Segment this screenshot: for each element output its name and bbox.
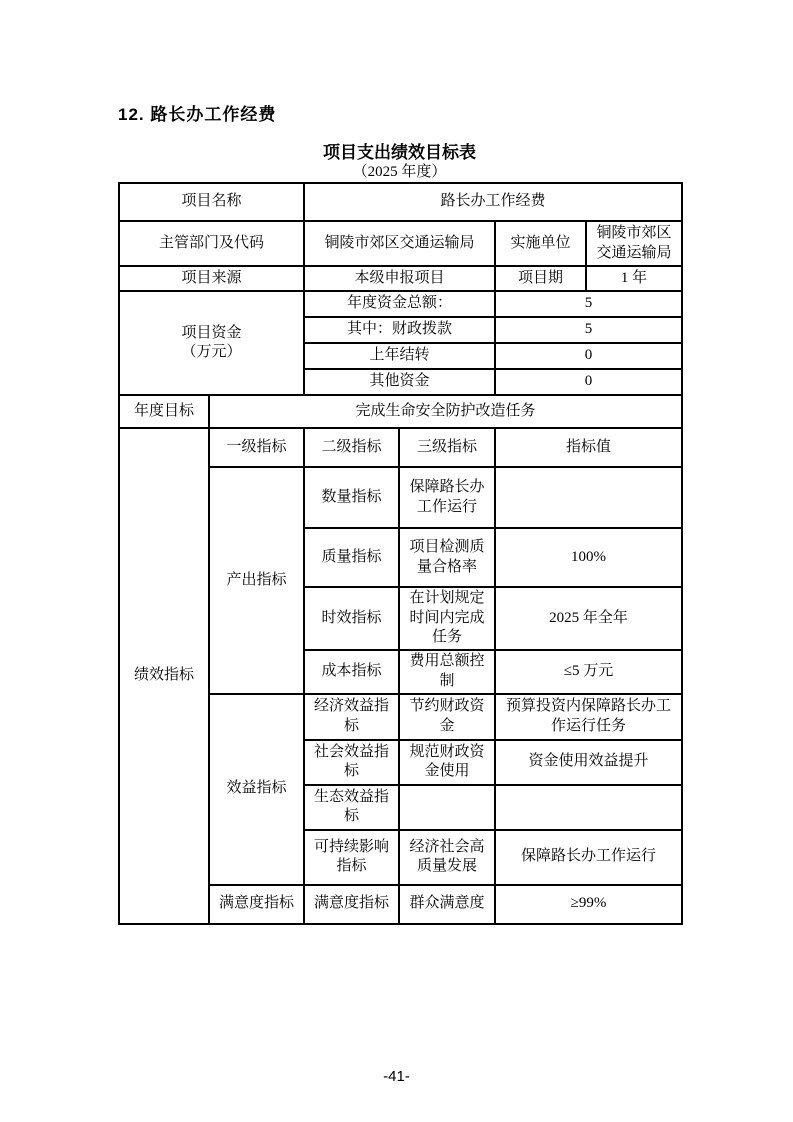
- section-heading: 12. 路长办工作经费: [118, 100, 276, 125]
- sustainability-indicator-cell: 可持续影响指标: [304, 830, 399, 885]
- performance-target-table: 项目名称 路长办工作经费 主管部门及代码 铜陵市郊区交通运输局 实施单位 铜陵市…: [118, 182, 683, 925]
- project-period-value-cell: 1 年: [586, 266, 682, 291]
- quantity-indicator-cell: 数量指标: [304, 467, 399, 528]
- project-source-value-cell: 本级申报项目: [304, 266, 495, 291]
- project-funds-label-cell: 项目资金 （万元）: [119, 291, 304, 395]
- table-row: 绩效指标 一级指标 二级指标 三级指标 指标值: [119, 428, 682, 467]
- project-name-value-cell: 路长办工作经费: [304, 183, 682, 221]
- indicator-value-header-cell: 指标值: [495, 428, 682, 467]
- project-period-label-cell: 项目期: [495, 266, 586, 291]
- project-funds-label-line2: （万元）: [123, 343, 300, 363]
- satisfaction-level3-cell: 群众满意度: [399, 885, 495, 924]
- fiscal-allocation-label-cell: 其中：财政拨款: [304, 317, 495, 343]
- benefit-indicator-label-cell: 效益指标: [209, 694, 304, 885]
- economic-benefit-cell: 经济效益指标: [304, 694, 399, 740]
- quality-indicator-level3-cell: 项目检测质量合格率: [399, 528, 495, 587]
- department-label-cell: 主管部门及代码: [119, 221, 304, 266]
- quality-indicator-value-cell: 100%: [495, 528, 682, 587]
- level2-header-cell: 二级指标: [304, 428, 399, 467]
- table-row: 项目资金 （万元） 年度资金总额： 5: [119, 291, 682, 317]
- social-benefit-cell: 社会效益指标: [304, 740, 399, 785]
- table-row: 项目名称 路长办工作经费: [119, 183, 682, 221]
- annual-goal-value-cell: 完成生命安全防护改造任务: [209, 395, 682, 428]
- implementing-unit-value-cell: 铜陵市郊区交通运输局: [586, 221, 682, 266]
- table-subtitle: （2025 年度）: [118, 160, 681, 181]
- quantity-indicator-level3-cell: 保障路长办工作运行: [399, 467, 495, 528]
- table-row: 主管部门及代码 铜陵市郊区交通运输局 实施单位 铜陵市郊区交通运输局: [119, 221, 682, 266]
- satisfaction-level1-cell: 满意度指标: [209, 885, 304, 924]
- department-value-cell: 铜陵市郊区交通运输局: [304, 221, 495, 266]
- satisfaction-value-cell: ≥99%: [495, 885, 682, 924]
- ecological-benefit-cell: 生态效益指标: [304, 785, 399, 830]
- quantity-indicator-value-cell: [495, 467, 682, 528]
- cost-indicator-level3-cell: 费用总额控制: [399, 650, 495, 694]
- project-funds-label-line1: 项目资金: [123, 324, 300, 344]
- quality-indicator-cell: 质量指标: [304, 528, 399, 587]
- table-row: 项目来源 本级申报项目 项目期 1 年: [119, 266, 682, 291]
- timeliness-indicator-value-cell: 2025 年全年: [495, 587, 682, 650]
- satisfaction-level2-cell: 满意度指标: [304, 885, 399, 924]
- other-funds-label-cell: 其他资金: [304, 369, 495, 395]
- document-page: 12. 路长办工作经费 项目支出绩效目标表 （2025 年度） 项目名称 路长办…: [0, 0, 793, 1122]
- annual-goal-label-cell: 年度目标: [119, 395, 209, 428]
- sustainability-indicator-level3-cell: 经济社会高质量发展: [399, 830, 495, 885]
- timeliness-indicator-level3-cell: 在计划规定时间内完成任务: [399, 587, 495, 650]
- implementing-unit-label-cell: 实施单位: [495, 221, 586, 266]
- social-benefit-value-cell: 资金使用效益提升: [495, 740, 682, 785]
- timeliness-indicator-cell: 时效指标: [304, 587, 399, 650]
- output-indicator-label-cell: 产出指标: [209, 467, 304, 694]
- economic-benefit-value-cell: 预算投资内保障路长办工作运行任务: [495, 694, 682, 740]
- table-row: 年度目标 完成生命安全防护改造任务: [119, 395, 682, 428]
- page-number: -41-: [0, 1068, 793, 1085]
- fiscal-allocation-value-cell: 5: [495, 317, 682, 343]
- carryover-value-cell: 0: [495, 343, 682, 369]
- performance-indicators-label-cell: 绩效指标: [119, 428, 209, 924]
- economic-benefit-level3-cell: 节约财政资金: [399, 694, 495, 740]
- annual-total-value-cell: 5: [495, 291, 682, 317]
- cost-indicator-value-cell: ≤5 万元: [495, 650, 682, 694]
- carryover-label-cell: 上年结转: [304, 343, 495, 369]
- project-name-label-cell: 项目名称: [119, 183, 304, 221]
- other-funds-value-cell: 0: [495, 369, 682, 395]
- cost-indicator-cell: 成本指标: [304, 650, 399, 694]
- sustainability-indicator-value-cell: 保障路长办工作运行: [495, 830, 682, 885]
- level1-header-cell: 一级指标: [209, 428, 304, 467]
- project-source-label-cell: 项目来源: [119, 266, 304, 291]
- social-benefit-level3-cell: 规范财政资金使用: [399, 740, 495, 785]
- level3-header-cell: 三级指标: [399, 428, 495, 467]
- annual-total-label-cell: 年度资金总额：: [304, 291, 495, 317]
- ecological-benefit-level3-cell: [399, 785, 495, 830]
- ecological-benefit-value-cell: [495, 785, 682, 830]
